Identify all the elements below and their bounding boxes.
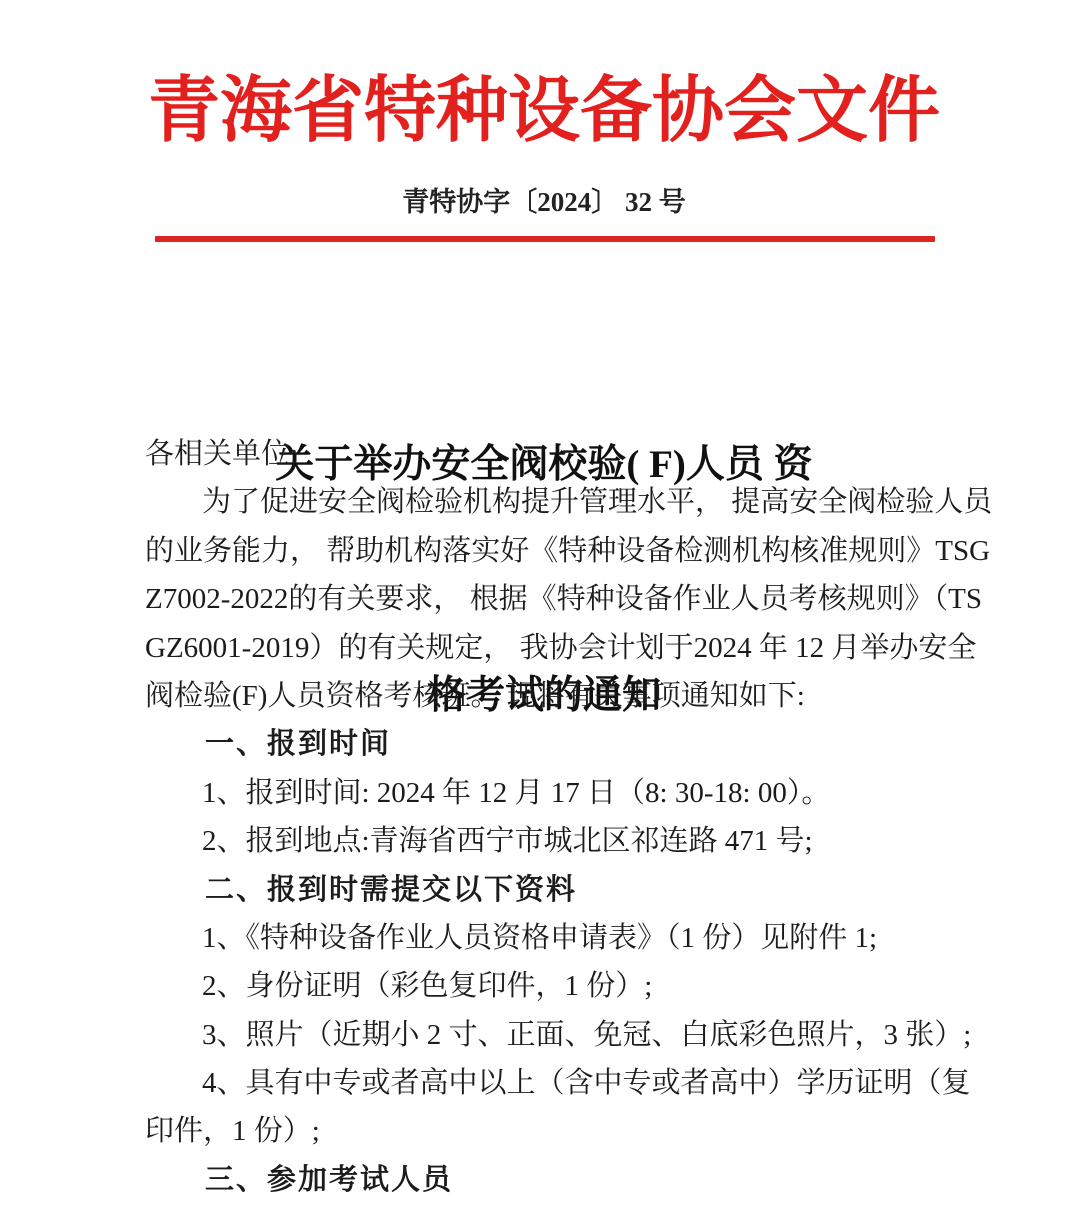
paragraph-line: 的业务能力， 帮助机构落实好《特种设备检测机构核准规则》TSG	[145, 527, 957, 575]
list-item: 1、报到时间: 2024 年 12 月 17 日（8: 30-18: 00）。	[145, 769, 957, 817]
red-divider-rule	[155, 236, 935, 242]
org-title: 青海省特种设备协会文件	[0, 52, 1088, 156]
paragraph-line: 阀检验(F)人员资格考核班。 现将有关事项通知如下:	[145, 672, 957, 720]
paragraph-line: 为了促进安全阀检验机构提升管理水平， 提高安全阀检验人员	[145, 478, 957, 526]
paragraph-line: Z7002-2022的有关要求， 根据《特种设备作业人员考核规则》（TS	[145, 575, 957, 623]
section-heading-1: 一、报到时间	[145, 720, 957, 768]
list-item-continuation: 印件，1 份）;	[145, 1107, 957, 1155]
section-heading-3: 三、参加考试人员	[145, 1156, 957, 1204]
section-heading-2: 二、报到时需提交以下资料	[145, 866, 957, 914]
list-item: 3、照片（近期小 2 寸、正面、免冠、白底彩色照片，3 张）;	[145, 1011, 957, 1059]
list-item: 2、报到地点:青海省西宁市城北区祁连路 471 号;	[145, 817, 957, 865]
document-body: 各相关单位: 为了促进安全阀检验机构提升管理水平， 提高安全阀检验人员 的业务能…	[145, 430, 957, 1204]
paragraph-line: GZ6001-2019）的有关规定， 我协会计划于2024 年 12 月举办安全	[145, 624, 957, 672]
salutation-line: 各相关单位:	[145, 430, 957, 478]
list-item: 2、身份证明（彩色复印件，1 份）;	[145, 962, 957, 1010]
doc-number: 青特协字〔2024〕 32 号	[0, 180, 1088, 219]
list-item: 1、《特种设备作业人员资格申请表》（1 份）见附件 1;	[145, 914, 957, 962]
official-document-page: 青海省特种设备协会文件 青特协字〔2024〕 32 号 关于举办安全阀校验( F…	[0, 0, 1088, 1209]
list-item: 4、具有中专或者高中以上（含中专或者高中）学历证明（复	[145, 1059, 957, 1107]
